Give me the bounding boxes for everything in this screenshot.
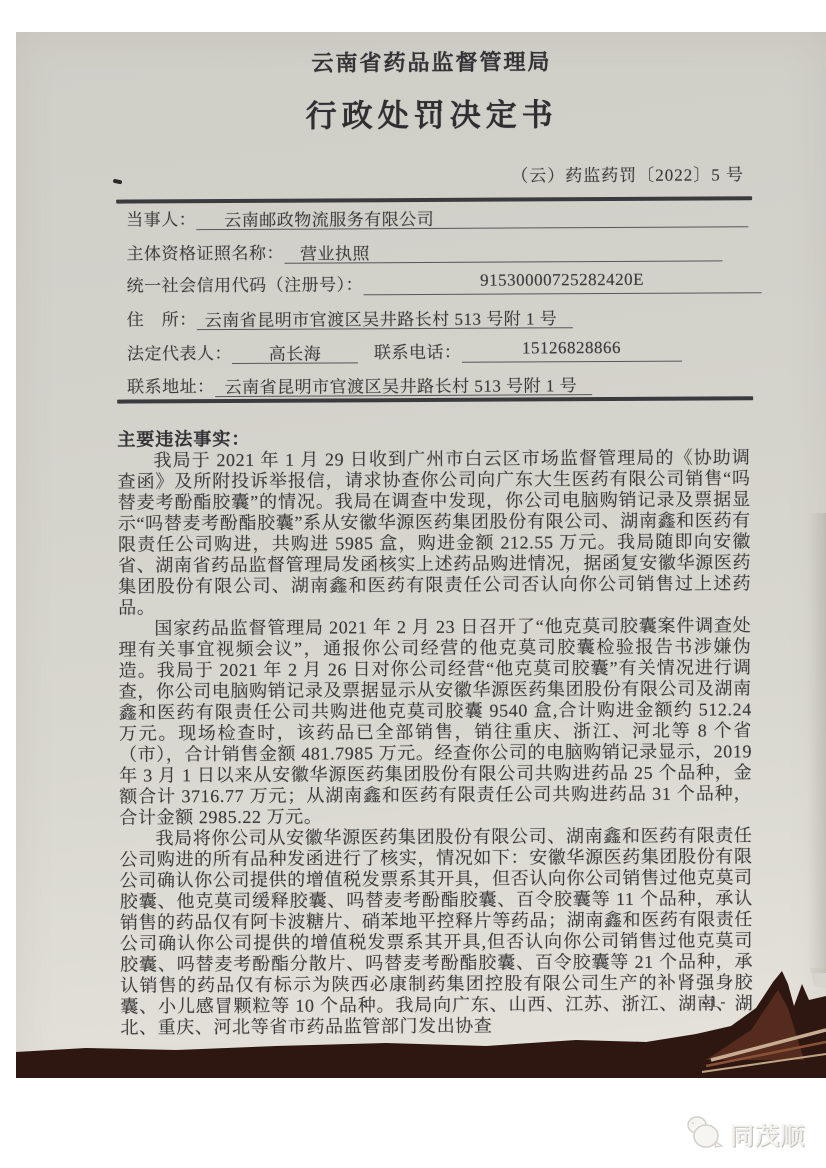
- field-value-legal-rep: 高长海: [232, 339, 358, 364]
- field-value-license: 营业执照: [284, 237, 722, 263]
- field-label-contact-address: 联系地址：: [127, 372, 215, 397]
- field-label-phone: 联系电话：: [374, 338, 462, 363]
- field-value-credit-code: 91530000725282420E: [363, 269, 761, 295]
- brand-logo-icon: [684, 1114, 724, 1152]
- screenshot-canvas: 云南省药品监督管理局 行政处罚决定书 （云）药监药罚〔2022〕5 号 当事人：…: [0, 0, 826, 1168]
- field-value-party: 云南邮政物流服务有限公司: [196, 203, 748, 230]
- document-photo: 云南省药品监督管理局 行政处罚决定书 （云）药监药罚〔2022〕5 号 当事人：…: [16, 32, 826, 1078]
- field-label-residence: 住 所：: [127, 305, 197, 330]
- body-text: 主要违法事实： 我局于 2021 年 1 月 29 日收到广州市白云区市场监督管…: [117, 426, 753, 1038]
- paper-edge-shadow: [808, 513, 826, 973]
- field-label-party: 当事人：: [126, 205, 196, 230]
- field-row-residence: 住 所： 云南省昆明市官渡区吴井路长村 513 号附 1 号: [127, 303, 573, 330]
- field-value-phone: 15126828866: [461, 338, 681, 363]
- field-value-contact-address: 云南省昆明市官渡区吴井路长村 513 号附 1 号: [215, 371, 592, 397]
- photo-background-bottom: [16, 968, 826, 1078]
- field-row-legal-rep-phone: 法定代表人： 高长海 联系电话： 15126828866: [127, 337, 682, 365]
- body-paragraph-1: 我局于 2021 年 1 月 29 日收到广州市白云区市场监督管理局的《协助调查…: [117, 447, 751, 618]
- page-title: 行政处罚决定书: [116, 88, 748, 136]
- field-label-license: 主体资格证照名称：: [126, 239, 284, 265]
- brand-watermark-text: 同茂顺: [730, 1116, 805, 1151]
- divider-rule-mid: [117, 396, 753, 403]
- field-label-credit-code: 统一社会信用代码（注册号）：: [127, 270, 364, 296]
- body-paragraph-2: 国家药品监督管理局 2021 年 2 月 23 日召开了“他克莫司胶囊案件调查处…: [118, 615, 752, 828]
- field-row-license: 主体资格证照名称： 营业执照: [126, 236, 722, 264]
- field-label-legal-rep: 法定代表人：: [127, 339, 232, 365]
- field-value-residence: 云南省昆明市官渡区吴井路长村 513 号附 1 号: [197, 304, 573, 330]
- field-row-contact-address: 联系地址： 云南省昆明市官渡区吴井路长村 513 号附 1 号: [127, 370, 592, 397]
- brand-watermark: 同茂顺: [684, 1112, 816, 1154]
- paper-content: 云南省药品监督管理局 行政处罚决定书 （云）药监药罚〔2022〕5 号 当事人：…: [13, 30, 826, 1080]
- doc-number: （云）药监药罚〔2022〕5 号: [116, 160, 748, 188]
- field-row-credit-code: 统一社会信用代码（注册号）： 91530000725282420E: [127, 268, 762, 296]
- ink-speck: [113, 179, 123, 185]
- field-row-party: 当事人： 云南邮政物流服务有限公司: [126, 202, 748, 230]
- agency-name: 云南省药品监督管理局: [115, 44, 747, 78]
